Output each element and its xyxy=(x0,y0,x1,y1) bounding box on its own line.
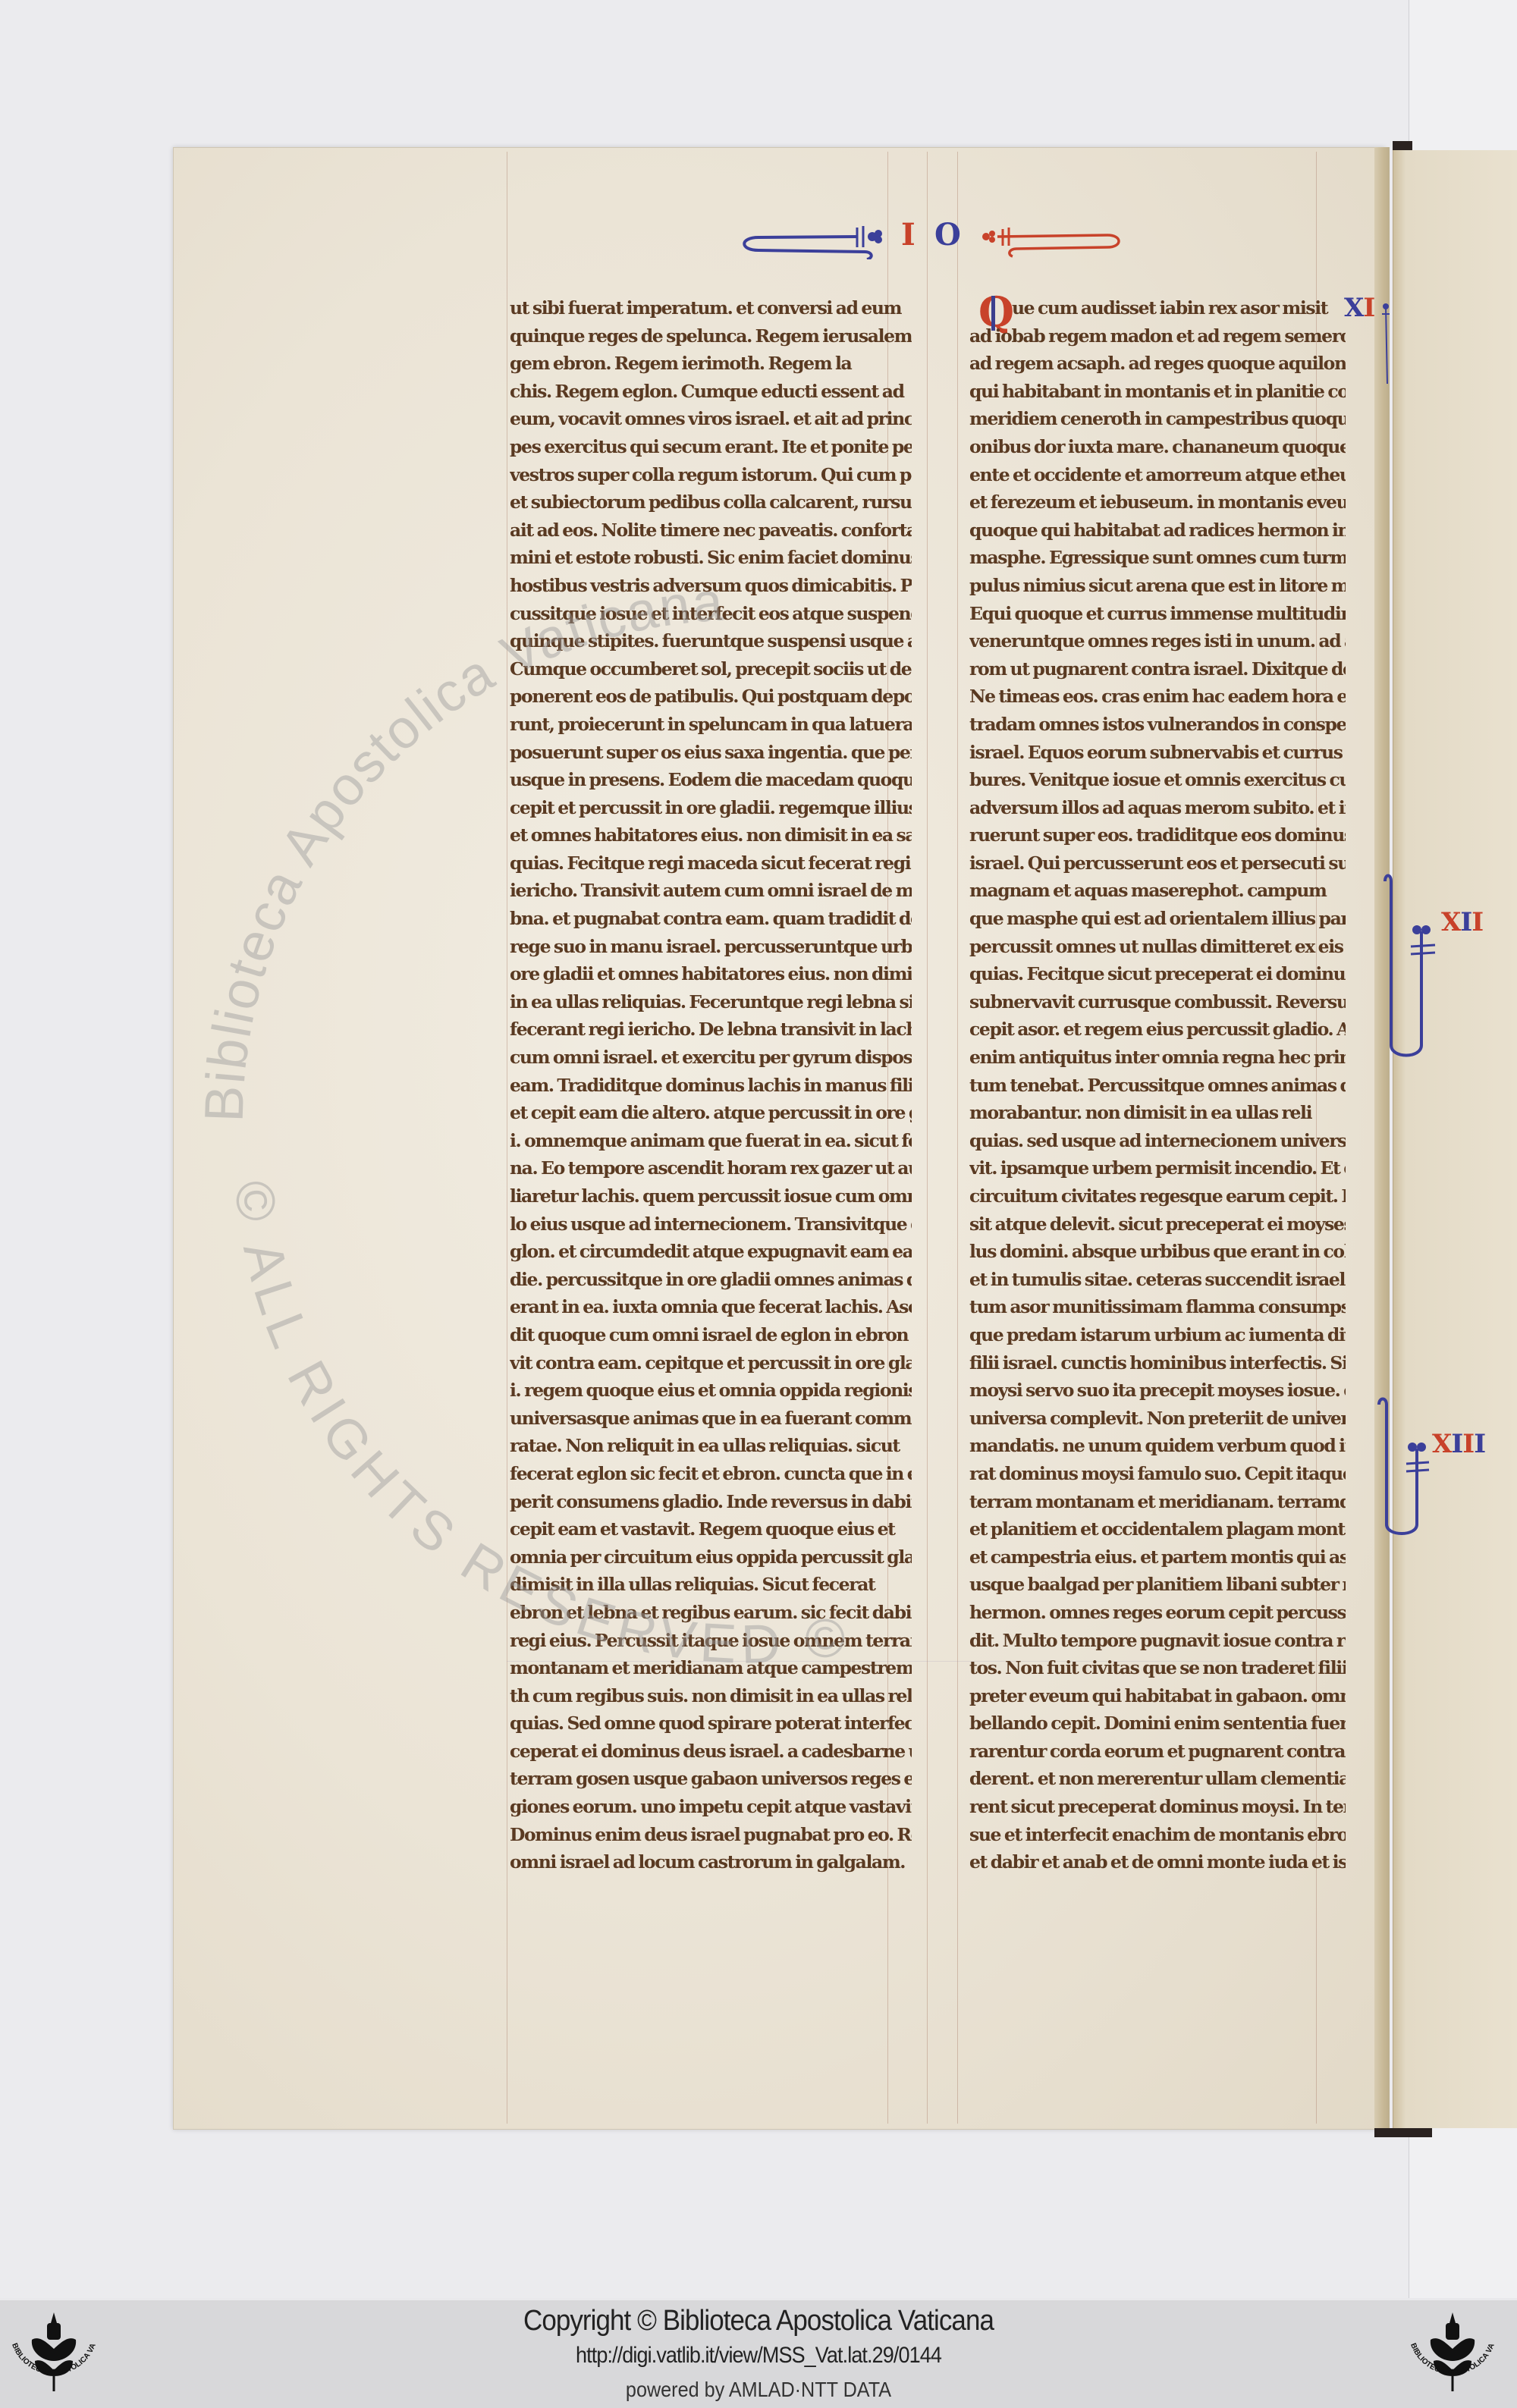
manuscript-line: bna. et pugnabat contra eam. quam tradid… xyxy=(510,905,912,933)
manuscript-line: sue et interfecit enachim de montanis eb… xyxy=(969,1821,1346,1849)
manuscript-line: pes exercitus qui secum erant. Ite et po… xyxy=(510,433,912,461)
manuscript-line: fecerat eglon sic fecit et ebron. cuncta… xyxy=(510,1460,912,1488)
manuscript-line: mini et estote robusti. Sic enim faciet … xyxy=(510,544,912,572)
manuscript-line: israel. Equos eorum subnervabis et curru… xyxy=(969,739,1346,767)
manuscript-line: hostibus vestris adversum quos dimicabit… xyxy=(510,572,912,600)
manuscript-line: usque baalgad per planitiem libani subte… xyxy=(969,1571,1346,1599)
manuscript-line: bellando cepit. Domini enim sententia fu… xyxy=(969,1709,1346,1738)
manuscript-line: meridiem ceneroth in campestribus quoque… xyxy=(969,405,1346,433)
manuscript-line: quias. Sed omne quod spirare poterat int… xyxy=(510,1709,912,1738)
manuscript-line: percussit omnes ut nullas dimitteret ex … xyxy=(969,933,1346,961)
manuscript-line: ponerent eos de patibulis. Qui postquam … xyxy=(510,683,912,711)
manuscript-line: pulus nimius sicut arena que est in lito… xyxy=(969,572,1346,600)
binding-shadow-bottom xyxy=(1374,2128,1432,2137)
manuscript-line: cepit et percussit in ore gladii. regemq… xyxy=(510,794,912,822)
manuscript-line: gem ebron. Regem ierimoth. Regem la xyxy=(510,350,912,378)
manuscript-line: preter eveum qui habitabat in gabaon. om… xyxy=(969,1682,1346,1710)
manuscript-line: terram gosen usque gabaon universos rege… xyxy=(510,1765,912,1793)
manuscript-line: lus domini. absque urbibus que erant in … xyxy=(969,1238,1346,1266)
manuscript-line: ente et occidente et amorreum atque ethe… xyxy=(969,461,1346,489)
manuscript-line: quias. Fecitque sicut preceperat ei domi… xyxy=(969,960,1346,988)
manuscript-line: moysi servo suo ita precepit moyses iosu… xyxy=(969,1377,1346,1405)
manuscript-line: israel. Qui percusserunt eos et persecut… xyxy=(969,849,1346,877)
manuscript-line: erant in ea. iuxta omnia que fecerat lac… xyxy=(510,1293,912,1321)
manuscript-line: tradam omnes istos vulnerandos in conspe… xyxy=(969,711,1346,739)
manuscript-line: et dabir et anab et de omni monte iuda e… xyxy=(969,1848,1346,1876)
manuscript-line: subnervavit currusque combussit. Reversu… xyxy=(969,988,1346,1016)
manuscript-line: omni israel ad locum castrorum in galgal… xyxy=(510,1848,912,1876)
manuscript-line: veneruntque omnes reges isti in unum. ad… xyxy=(969,627,1346,655)
manuscript-line: in ea ullas reliquias. Feceruntque regi … xyxy=(510,988,912,1016)
manuscript-line: masphe. Egressique sunt omnes cum turmis… xyxy=(969,544,1346,572)
manuscript-line: quinque reges de spelunca. Regem ierusal… xyxy=(510,322,912,350)
manuscript-line: dimisit in illa ullas reliquias. Sicut f… xyxy=(510,1571,912,1599)
viewer-footer: BIBLIOTECA APOSTOLICA VATICANA Copyright… xyxy=(0,2300,1517,2408)
manuscript-line: tos. Non fuit civitas que se non tradere… xyxy=(969,1654,1346,1682)
permalink-url[interactable]: http://digi.vatlib.it/view/MSS_Vat.lat.2… xyxy=(76,2343,1441,2369)
manuscript-line: et omnes habitatores eius. non dimisit i… xyxy=(510,821,912,849)
manuscript-line: Cumque occumberet sol, precepit sociis u… xyxy=(510,655,912,683)
running-header-second: O xyxy=(934,217,961,253)
manuscript-line: quias. Fecitque regi maceda sicut fecera… xyxy=(510,849,912,877)
powered-by-text: powered by AMLAD·NTT DATA xyxy=(76,2378,1441,2402)
manuscript-line: liaretur lachis. quem percussit iosue cu… xyxy=(510,1182,912,1210)
manuscript-line: giones eorum. uno impetu cepit atque vas… xyxy=(510,1793,912,1821)
manuscript-line: montanam et meridianam atque campestrem.… xyxy=(510,1654,912,1682)
copyright-text: Copyright © Biblioteca Apostolica Vatica… xyxy=(61,2305,1456,2337)
manuscript-line: tum asor munitissimam flamma consumpsit.… xyxy=(969,1293,1346,1321)
manuscript-line: quoque qui habitabat ad radices hermon i… xyxy=(969,516,1346,545)
manuscript-line: magnam et aquas maserephot. campum xyxy=(969,877,1346,905)
manuscript-line: morabantur. non dimisit in ea ullas reli xyxy=(969,1099,1346,1127)
manuscript-line: universa complevit. Non preteriit de uni… xyxy=(969,1405,1346,1433)
manuscript-line: ue cum audisset iabin rex asor misit xyxy=(969,294,1346,322)
manuscript-line: ruerunt super eos. tradiditque eos domin… xyxy=(969,821,1346,849)
manuscript-line: iericho. Transivit autem cum omni israel… xyxy=(510,877,912,905)
manuscript-line: ut sibi fuerat imperatum. et conversi ad… xyxy=(510,294,912,322)
manuscript-line: na. Eo tempore ascendit horam rex gazer … xyxy=(510,1154,912,1182)
manuscript-line: mandatis. ne unum quidem verbum quod ius… xyxy=(969,1432,1346,1460)
manuscript-line: vit contra eam. cepitque et percussit in… xyxy=(510,1349,912,1377)
manuscript-line: derent. et non mererentur ullam clementi… xyxy=(969,1765,1346,1793)
manuscript-line: eam. Tradiditque dominus lachis in manus… xyxy=(510,1072,912,1100)
manuscript-line: cepit asor. et regem eius percussit glad… xyxy=(969,1016,1346,1044)
manuscript-line: cussitque iosue et interfecit eos atque … xyxy=(510,600,912,628)
manuscript-line: dit. Multo tempore pugnavit iosue contra… xyxy=(969,1627,1346,1655)
manuscript-line: cum omni israel. et exercitu per gyrum d… xyxy=(510,1044,912,1072)
manuscript-line: et cepit eam die altero. atque percussit… xyxy=(510,1099,912,1127)
manuscript-line: vestros super colla regum istorum. Qui c… xyxy=(510,461,912,489)
chapter-marker-xi: XI xyxy=(1344,293,1374,323)
chapter-flourish-xii-icon xyxy=(1379,871,1440,1060)
manuscript-line: fecerant regi iericho. De lebna transivi… xyxy=(510,1016,912,1044)
manuscript-line: ad iobab regem madon et ad regem semeron… xyxy=(969,322,1346,350)
manuscript-line: bures. Venitque iosue et omnis exercitus… xyxy=(969,766,1346,794)
vatican-library-logo-icon: BIBLIOTECA APOSTOLICA VATICANA xyxy=(1403,2306,1502,2405)
folio-edge xyxy=(1374,147,1390,2128)
manuscript-line: qui habitabant in montanis et in planiti… xyxy=(969,378,1346,406)
manuscript-line: circuitum civitates regesque earum cepit… xyxy=(969,1182,1346,1210)
manuscript-line: runt, proiecerunt in speluncam in qua la… xyxy=(510,711,912,739)
running-header-first: I xyxy=(901,217,916,253)
manuscript-line: perit consumens gladio. Inde reversus in… xyxy=(510,1488,912,1516)
manuscript-line: filii israel. cunctis hominibus interfec… xyxy=(969,1349,1346,1377)
manuscript-line: ad regem acsaph. ad reges quoque aquilon… xyxy=(969,350,1346,378)
manuscript-line: rat dominus moysi famulo suo. Cepit itaq… xyxy=(969,1460,1346,1488)
manuscript-line: universasque animas que in ea fuerant co… xyxy=(510,1405,912,1433)
manuscript-line: i. regem quoque eius et omnia oppida reg… xyxy=(510,1377,912,1405)
manuscript-line: cepit eam et vastavit. Regem quoque eius… xyxy=(510,1515,912,1543)
running-header: I O xyxy=(728,214,1153,259)
manuscript-line: quias. sed usque ad internecionem univer… xyxy=(969,1127,1346,1155)
binding-shadow-top xyxy=(1393,141,1412,150)
manuscript-line: posuerunt super os eius saxa ingentia. q… xyxy=(510,739,912,767)
manuscript-line: ebron et lebna et regibus earum. sic fec… xyxy=(510,1599,912,1627)
manuscript-line: regi eius. Percussit itaque iosue omnem … xyxy=(510,1627,912,1655)
manuscript-line: rege suo in manu israel. percusseruntque… xyxy=(510,933,912,961)
manuscript-line: Ne timeas eos. cras enim hac eadem hora … xyxy=(969,683,1346,711)
chapter-marker-xiii: XIII xyxy=(1432,1429,1485,1459)
manuscript-line: et subiectorum pedibus colla calcarent, … xyxy=(510,488,912,516)
svg-text:BIBLIOTECA APOSTOLICA VATICANA: BIBLIOTECA APOSTOLICA VATICANA xyxy=(1403,2306,1497,2377)
manuscript-line: sit atque delevit. sicut preceperat ei m… xyxy=(969,1210,1346,1239)
manuscript-line: et ferezeum et iebuseum. in montanis eve… xyxy=(969,488,1346,516)
manuscript-line: chis. Regem eglon. Cumque educti essent … xyxy=(510,378,912,406)
manuscript-line: dit quoque cum omni israel de eglon in e… xyxy=(510,1321,912,1349)
manuscript-line: die. percussitque in ore gladii omnes an… xyxy=(510,1266,912,1294)
manuscript-line: que predam istarum urbium ac iumenta div… xyxy=(969,1321,1346,1349)
text-column-right: ue cum audisset iabin rex asor misitad i… xyxy=(969,294,1346,1876)
chapter-flourish-xiii-icon xyxy=(1373,1394,1434,1538)
manuscript-line: tum tenebat. Percussitque omnes animas q… xyxy=(969,1072,1346,1100)
manuscript-line: terram montanam et meridianam. terramque… xyxy=(969,1488,1346,1516)
manuscript-line: th cum regibus suis. non dimisit in ea u… xyxy=(510,1682,912,1710)
manuscript-line: Equi quoque et currus immense multitudin… xyxy=(969,600,1346,628)
manuscript-line: i. omnemque animam que fuerat in ea. sic… xyxy=(510,1127,912,1155)
text-column-left: ut sibi fuerat imperatum. et conversi ad… xyxy=(510,294,912,1876)
manuscript-line: vit. ipsamque urbem permisit incendio. E… xyxy=(969,1154,1346,1182)
manuscript-line: rarentur corda eorum et pugnarent contra… xyxy=(969,1738,1346,1766)
manuscript-line: eum, vocavit omnes viros israel. et ait … xyxy=(510,405,912,433)
manuscript-line: hermon. omnes reges eorum cepit percussi… xyxy=(969,1599,1346,1627)
adjacent-folio xyxy=(1393,150,1517,2128)
manuscript-line: onibus dor iuxta mare. chananeum quoque … xyxy=(969,433,1346,461)
manuscript-line: rom ut pugnarent contra israel. Dixitque… xyxy=(969,655,1346,683)
manuscript-line: et in tumulis sitae. ceteras succendit i… xyxy=(969,1266,1346,1294)
manuscript-line: lo eius usque ad internecionem. Transivi… xyxy=(510,1210,912,1239)
manuscript-line: ore gladii et omnes habitatores eius. no… xyxy=(510,960,912,988)
manuscript-line: Dominus enim deus israel pugnabat pro eo… xyxy=(510,1821,912,1849)
manuscript-line: et campestria eius. et partem montis qui… xyxy=(969,1543,1346,1571)
manuscript-line: glon. et circumdedit atque expugnavit ea… xyxy=(510,1238,912,1266)
manuscript-line: omnia per circuitum eius oppida percussi… xyxy=(510,1543,912,1571)
manuscript-line: et planitiem et occidentalem plagam mont… xyxy=(969,1515,1346,1543)
manuscript-line: ceperat ei dominus deus israel. a cadesb… xyxy=(510,1738,912,1766)
manuscript-line: ratae. Non reliquit in ea ullas reliquia… xyxy=(510,1432,912,1460)
manuscript-line: adversum illos ad aquas merom subito. et… xyxy=(969,794,1346,822)
manuscript-line: quinque stipites. fueruntque suspensi us… xyxy=(510,627,912,655)
manuscript-line: rent sicut preceperat dominus moysi. In … xyxy=(969,1793,1346,1821)
manuscript-line: usque in presens. Eodem die macedam quoq… xyxy=(510,766,912,794)
manuscript-line: que masphe qui est ad orientalem illius … xyxy=(969,905,1346,933)
chapter-marker-xii: XII xyxy=(1441,907,1483,937)
manuscript-line: enim antiquitus inter omnia regna hec pr… xyxy=(969,1044,1346,1072)
chapter-flourish-xi-icon xyxy=(1380,302,1391,385)
manuscript-line: ait ad eos. Nolite timere nec paveatis. … xyxy=(510,516,912,545)
